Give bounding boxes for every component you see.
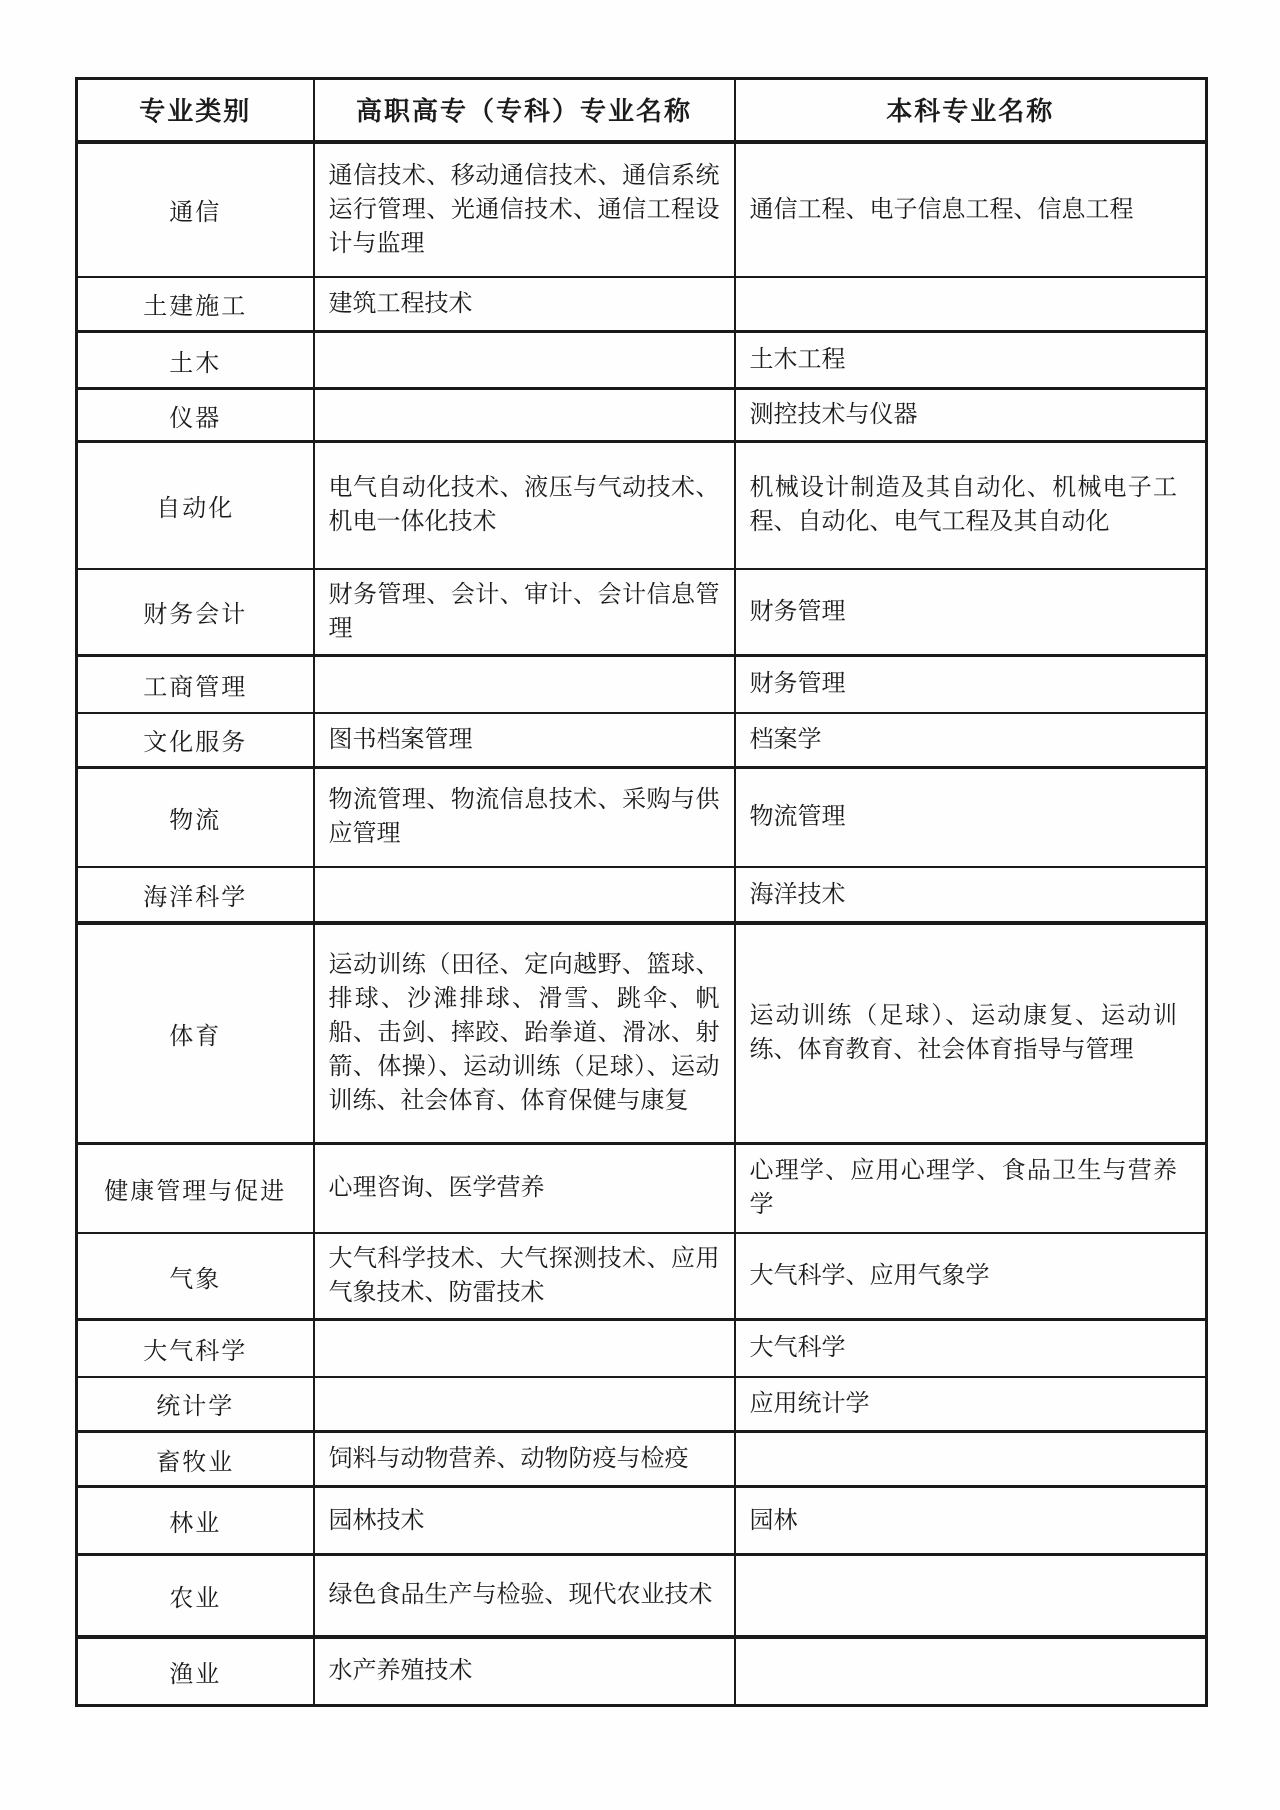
undergraduate-majors-cell: 海洋技术 — [735, 867, 1207, 923]
category-cell: 大气科学 — [77, 1320, 314, 1377]
category-cell: 林业 — [77, 1487, 314, 1555]
table-row-statistics: 统计学 应用统计学 — [77, 1377, 1207, 1432]
vocational-majors-cell — [314, 332, 735, 389]
document-page: 专业类别 高职高专（专科）专业名称 本科专业名称 通信 通信技术、移动通信技术、… — [0, 0, 1280, 1810]
undergraduate-majors-cell: 土木工程 — [735, 332, 1207, 389]
vocational-majors-cell: 通信技术、移动通信技术、通信系统运行管理、光通信技术、通信工程设计与监理 — [314, 142, 735, 277]
undergraduate-majors-cell — [735, 1555, 1207, 1637]
table-row-automation: 自动化 电气自动化技术、液压与气动技术、机电一体化技术 机械设计制造及其自动化、… — [77, 442, 1207, 569]
table-row-agriculture: 农业 绿色食品生产与检验、现代农业技术 — [77, 1555, 1207, 1637]
vocational-majors-cell: 饲料与动物营养、动物防疫与检疫 — [314, 1432, 735, 1487]
vocational-majors-cell: 运动训练（田径、定向越野、篮球、排球、沙滩排球、滑雪、跳伞、帆船、击剑、摔跤、跆… — [314, 923, 735, 1143]
vocational-majors-cell: 建筑工程技术 — [314, 277, 735, 332]
category-cell: 统计学 — [77, 1377, 314, 1432]
table-row-health-management: 健康管理与促进 心理咨询、医学营养 心理学、应用心理学、食品卫生与营养学 — [77, 1143, 1207, 1233]
table-row-animal-husbandry: 畜牧业 饲料与动物营养、动物防疫与检疫 — [77, 1432, 1207, 1487]
table-row-finance-accounting: 财务会计 财务管理、会计、审计、会计信息管理 财务管理 — [77, 569, 1207, 656]
category-cell: 财务会计 — [77, 569, 314, 656]
table-row-logistics: 物流 物流管理、物流信息技术、采购与供应管理 物流管理 — [77, 767, 1207, 867]
table-row-marine-science: 海洋科学 海洋技术 — [77, 867, 1207, 923]
vocational-majors-cell: 心理咨询、医学营养 — [314, 1143, 735, 1233]
table-row-fishery: 渔业 水产养殖技术 — [77, 1637, 1207, 1706]
category-cell: 仪器 — [77, 389, 314, 442]
category-cell: 土木 — [77, 332, 314, 389]
vocational-majors-cell: 物流管理、物流信息技术、采购与供应管理 — [314, 767, 735, 867]
undergraduate-majors-cell: 运动训练（足球）、运动康复、运动训练、体育教育、社会体育指导与管理 — [735, 923, 1207, 1143]
vocational-majors-cell: 电气自动化技术、液压与气动技术、机电一体化技术 — [314, 442, 735, 569]
vocational-majors-cell: 绿色食品生产与检验、现代农业技术 — [314, 1555, 735, 1637]
vocational-majors-cell: 图书档案管理 — [314, 713, 735, 767]
column-header-vocational-majors: 高职高专（专科）专业名称 — [314, 79, 735, 142]
table-row-communication: 通信 通信技术、移动通信技术、通信系统运行管理、光通信技术、通信工程设计与监理 … — [77, 142, 1207, 277]
undergraduate-majors-cell: 心理学、应用心理学、食品卫生与营养学 — [735, 1143, 1207, 1233]
undergraduate-majors-cell: 园林 — [735, 1487, 1207, 1555]
undergraduate-majors-cell: 大气科学 — [735, 1320, 1207, 1377]
category-cell: 气象 — [77, 1233, 314, 1320]
table-row-civil-engineering: 土木 土木工程 — [77, 332, 1207, 389]
undergraduate-majors-cell: 测控技术与仪器 — [735, 389, 1207, 442]
undergraduate-majors-cell — [735, 1637, 1207, 1706]
vocational-majors-cell: 大气科学技术、大气探测技术、应用气象技术、防雷技术 — [314, 1233, 735, 1320]
vocational-majors-cell: 园林技术 — [314, 1487, 735, 1555]
category-cell: 物流 — [77, 767, 314, 867]
vocational-majors-cell — [314, 867, 735, 923]
category-cell: 渔业 — [77, 1637, 314, 1706]
vocational-majors-cell — [314, 655, 735, 713]
undergraduate-majors-cell — [735, 277, 1207, 332]
table-header-row: 专业类别 高职高专（专科）专业名称 本科专业名称 — [77, 79, 1207, 142]
majors-mapping-table: 专业类别 高职高专（专科）专业名称 本科专业名称 通信 通信技术、移动通信技术、… — [75, 77, 1208, 1707]
vocational-majors-cell: 水产养殖技术 — [314, 1637, 735, 1706]
category-cell: 农业 — [77, 1555, 314, 1637]
column-header-undergraduate-majors: 本科专业名称 — [735, 79, 1207, 142]
table-row-meteorology: 气象 大气科学技术、大气探测技术、应用气象技术、防雷技术 大气科学、应用气象学 — [77, 1233, 1207, 1320]
category-cell: 海洋科学 — [77, 867, 314, 923]
category-cell: 工商管理 — [77, 655, 314, 713]
category-cell: 畜牧业 — [77, 1432, 314, 1487]
vocational-majors-cell — [314, 389, 735, 442]
undergraduate-majors-cell: 通信工程、电子信息工程、信息工程 — [735, 142, 1207, 277]
category-cell: 土建施工 — [77, 277, 314, 332]
category-cell: 文化服务 — [77, 713, 314, 767]
undergraduate-majors-cell: 物流管理 — [735, 767, 1207, 867]
table-row-civil-construction: 土建施工 建筑工程技术 — [77, 277, 1207, 332]
undergraduate-majors-cell: 财务管理 — [735, 655, 1207, 713]
category-cell: 体育 — [77, 923, 314, 1143]
undergraduate-majors-cell: 大气科学、应用气象学 — [735, 1233, 1207, 1320]
vocational-majors-cell — [314, 1320, 735, 1377]
column-header-category: 专业类别 — [77, 79, 314, 142]
table-row-sports: 体育 运动训练（田径、定向越野、篮球、排球、沙滩排球、滑雪、跳伞、帆船、击剑、摔… — [77, 923, 1207, 1143]
undergraduate-majors-cell: 机械设计制造及其自动化、机械电子工程、自动化、电气工程及其自动化 — [735, 442, 1207, 569]
undergraduate-majors-cell: 财务管理 — [735, 569, 1207, 656]
table-row-business-admin: 工商管理 财务管理 — [77, 655, 1207, 713]
table-row-forestry: 林业 园林技术 园林 — [77, 1487, 1207, 1555]
vocational-majors-cell: 财务管理、会计、审计、会计信息管理 — [314, 569, 735, 656]
table-row-cultural-services: 文化服务 图书档案管理 档案学 — [77, 713, 1207, 767]
table-row-instruments: 仪器 测控技术与仪器 — [77, 389, 1207, 442]
undergraduate-majors-cell — [735, 1432, 1207, 1487]
category-cell: 健康管理与促进 — [77, 1143, 314, 1233]
category-cell: 自动化 — [77, 442, 314, 569]
undergraduate-majors-cell: 应用统计学 — [735, 1377, 1207, 1432]
table-row-atmospheric-science: 大气科学 大气科学 — [77, 1320, 1207, 1377]
undergraduate-majors-cell: 档案学 — [735, 713, 1207, 767]
category-cell: 通信 — [77, 142, 314, 277]
vocational-majors-cell — [314, 1377, 735, 1432]
